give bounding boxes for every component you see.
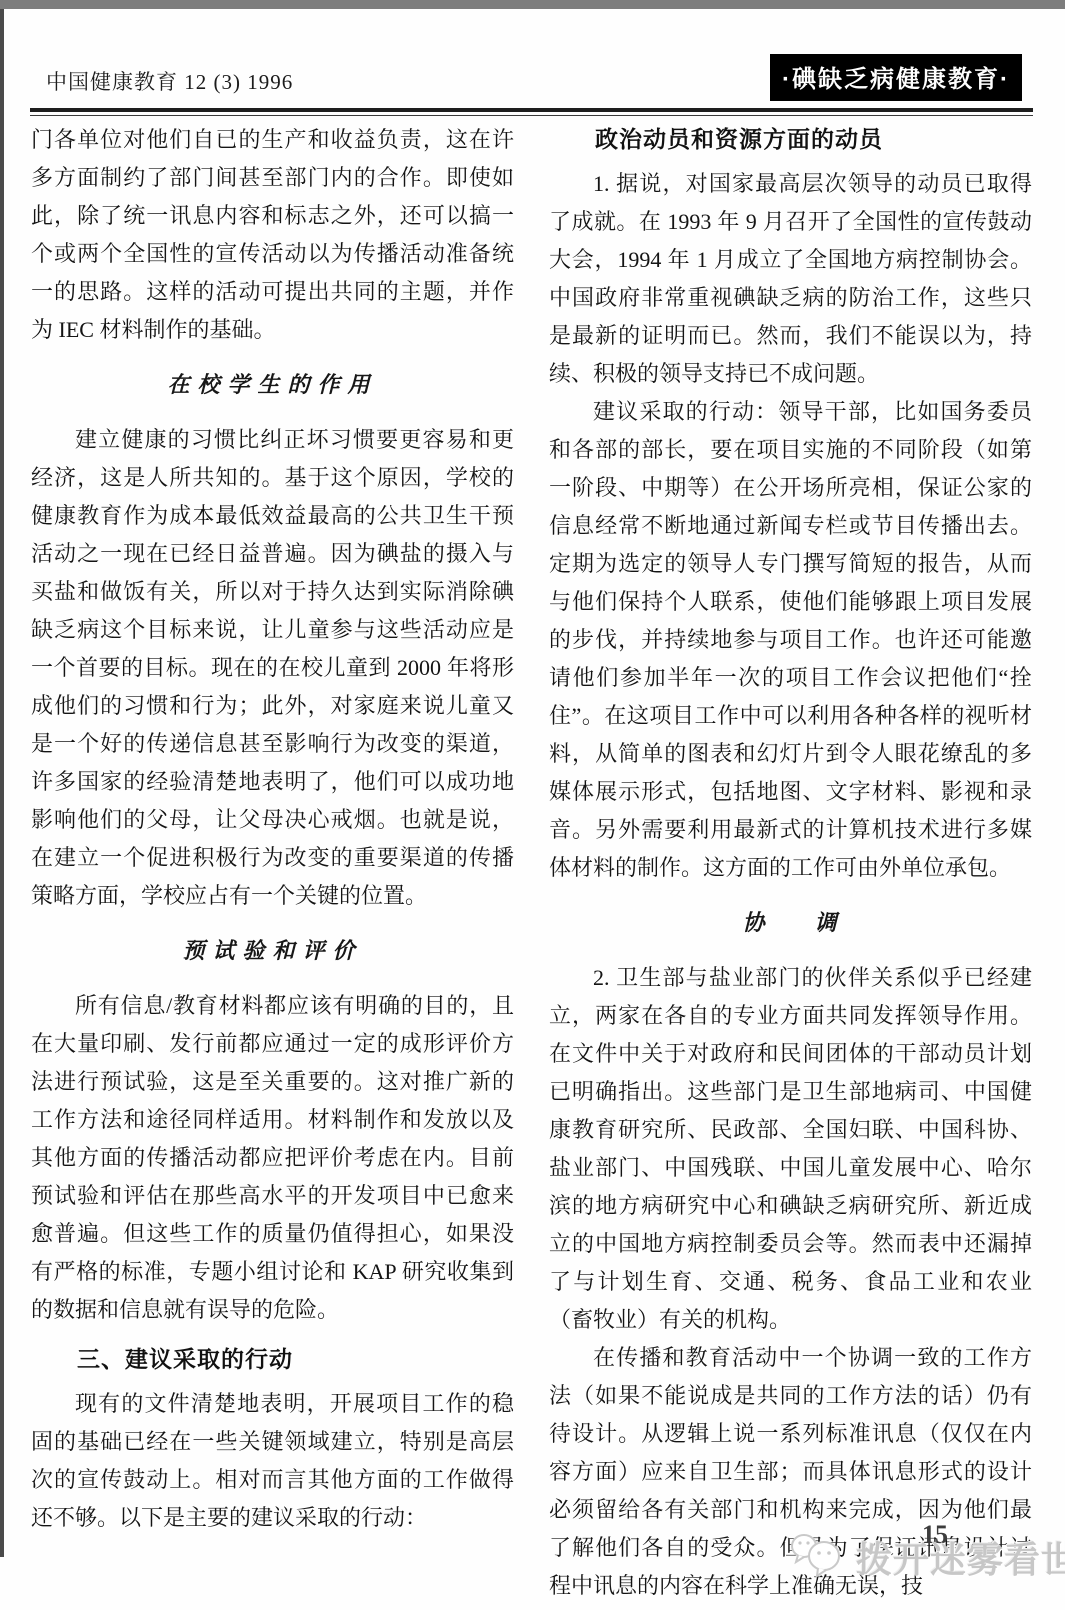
paragraph: 1. 据说，对国家最高层次领导的动员已取得了成就。在 1993 年 9 月召开了… [549,165,1032,393]
scan-left-border [0,9,4,1557]
scan-top-border [0,0,1065,9]
watermark: 拨开迷雾看世界 [788,1530,1065,1585]
paragraph: 门各单位对他们自已的生产和收益负责，这在许多方面制约了部门间甚至部门内的合作。即… [31,121,514,349]
section-heading: 在校学生的作用 [31,366,514,404]
chat-bubbles-icon [788,1530,850,1585]
header-divider-rule [30,108,1033,116]
paragraph: 建议采取的行动：领导干部，比如国务委员和各部的部长，要在项目实施的不同阶段（如第… [549,393,1032,887]
left-column: 门各单位对他们自已的生产和收益负责，这在许多方面制约了部门间甚至部门内的合作。即… [31,121,514,1605]
right-column: 政治动员和资源方面的动员 1. 据说，对国家最高层次领导的动员已取得了成就。在 … [549,121,1032,1605]
watermark-text: 拨开迷雾看世界 [856,1532,1065,1583]
paragraph: 建立健康的习惯比纠正坏习惯要更容易和更经济，这是人所共知的。基于这个原因，学校的… [31,421,514,915]
paragraph: 所有信息/教育材料都应该有明确的目的，且在大量印刷、发行前都应通过一定的成形评价… [31,987,514,1329]
section-heading: 预试验和评价 [31,932,514,970]
numbered-section-heading: 三、建议采取的行动 [31,1341,514,1379]
scanned-journal-page: 中国健康教育 12 (3) 1996 ·碘缺乏病健康教育· 门各单位对他们自已的… [0,0,1065,1610]
section-badge: ·碘缺乏病健康教育· [770,54,1022,101]
page-header: 中国健康教育 12 (3) 1996 ·碘缺乏病健康教育· [32,58,1032,100]
section-heading: 协 调 [549,904,1032,942]
article-body: 门各单位对他们自已的生产和收益负责，这在许多方面制约了部门间甚至部门内的合作。即… [31,121,1033,1605]
section-heading: 政治动员和资源方面的动员 [549,121,1032,159]
journal-title: 中国健康教育 12 (3) 1996 [46,66,293,96]
paragraph: 2. 卫生部与盐业部门的伙伴关系似乎已经建立，两家在各自的专业方面共同发挥领导作… [549,959,1032,1339]
paragraph: 现有的文件清楚地表明，开展项目工作的稳固的基础已经在一些关键领域建立，特别是高层… [31,1385,514,1537]
